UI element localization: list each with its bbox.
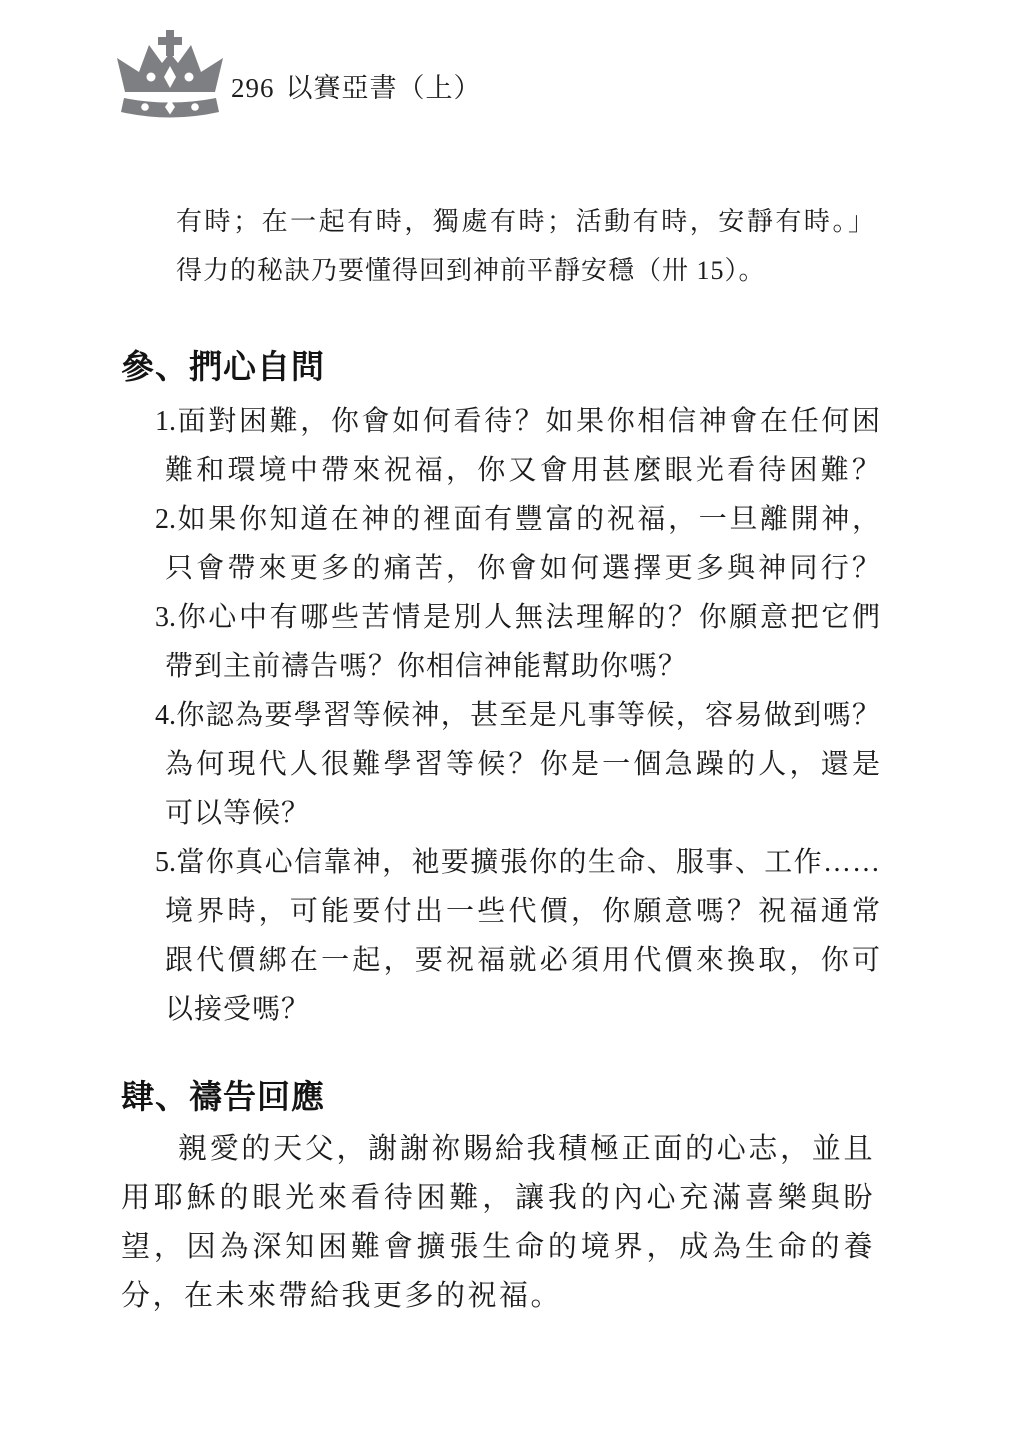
text-line: 帶到主前禱告嗎？你相信神能幫助你嗎？: [165, 642, 881, 691]
question-item: 2.如果你知道在神的裡面有豐富的祝福，一旦離開神， 只會帶來更多的痛苦，你會如何…: [165, 495, 881, 593]
text-line: 只會帶來更多的痛苦，你會如何選擇更多與神同行？: [165, 544, 881, 593]
text-line: 分，在未來帶給我更多的祝福。: [121, 1272, 875, 1321]
item-number: 5.: [155, 847, 176, 878]
question-item: 4.你認為要學習等候神，甚至是凡事等候，容易做到嗎？ 為何現代人很難學習等候？你…: [165, 691, 881, 838]
question-item: 3.你心中有哪些苦情是別人無法理解的？你願意把它們 帶到主前禱告嗎？你相信神能幫…: [165, 593, 881, 691]
text-line: 為何現代人很難學習等候？你是一個急躁的人，還是: [165, 740, 881, 789]
question-item: 5.當你真心信靠神，祂要擴張你的生命、服事、工作…… 境界時，可能要付出一些代價…: [165, 838, 881, 1034]
item-number: 1.: [155, 406, 176, 437]
section-heading-prayer: 肆、禱告回應: [121, 1080, 875, 1117]
page-content: 有時；在一起有時，獨處有時；活動有時，安靜有時。」 得力的秘訣乃要懂得回到神前平…: [121, 0, 875, 1321]
line-text: 當你真心信靠神，祂要擴張你的生命、服事、工作……: [176, 847, 881, 878]
line-text: 如果你知道在神的裡面有豐富的祝福，一旦離開神，: [176, 504, 881, 535]
text-line: 難和環境中帶來祝福，你又會用甚麼眼光看待困難？: [165, 446, 881, 495]
text-line: 可以等候？: [165, 789, 881, 838]
book-page: 296 以賽亞書（上） 有時；在一起有時，獨處有時；活動有時，安靜有時。」 得力…: [0, 0, 1024, 1440]
line-text: 你心中有哪些苦情是別人無法理解的？你願意把它們: [176, 602, 881, 633]
text-line: 境界時，可能要付出一些代價，你願意嗎？祝福通常: [165, 887, 881, 936]
text-line: 有時；在一起有時，獨處有時；活動有時，安靜有時。」: [176, 197, 875, 246]
line-text: 面對困難，你會如何看待？如果你相信神會在任何困: [176, 406, 881, 437]
text-line: 2.如果你知道在神的裡面有豐富的祝福，一旦離開神，: [165, 495, 881, 544]
item-number: 4.: [155, 700, 176, 731]
text-line: 4.你認為要學習等候神，甚至是凡事等候，容易做到嗎？: [165, 691, 881, 740]
section-heading-self-examination: 參、捫心自問: [121, 350, 875, 387]
text-line: 以接受嗎？: [165, 985, 881, 1034]
quote-paragraph: 有時；在一起有時，獨處有時；活動有時，安靜有時。」 得力的秘訣乃要懂得回到神前平…: [176, 197, 875, 295]
prayer-paragraph: 親愛的天父，謝謝祢賜給我積極正面的心志，並且 用耶穌的眼光來看待困難，讓我的內心…: [121, 1125, 875, 1321]
text-line: 得力的秘訣乃要懂得回到神前平靜安穩（卅 15）。: [176, 246, 875, 295]
text-line: 望，因為深知困難會擴張生命的境界，成為生命的養: [121, 1223, 875, 1272]
question-item: 1.面對困難，你會如何看待？如果你相信神會在任何困 難和環境中帶來祝福，你又會用…: [165, 397, 881, 495]
text-line: 跟代價綁在一起，要祝福就必須用代價來換取，你可: [165, 936, 881, 985]
item-number: 2.: [155, 504, 176, 535]
text-line: 親愛的天父，謝謝祢賜給我積極正面的心志，並且: [121, 1125, 875, 1174]
line-text: 你認為要學習等候神，甚至是凡事等候，容易做到嗎？: [176, 700, 881, 731]
text-line: 5.當你真心信靠神，祂要擴張你的生命、服事、工作……: [165, 838, 881, 887]
text-line: 用耶穌的眼光來看待困難，讓我的內心充滿喜樂與盼: [121, 1174, 875, 1223]
text-line: 1.面對困難，你會如何看待？如果你相信神會在任何困: [165, 397, 881, 446]
question-list: 1.面對困難，你會如何看待？如果你相信神會在任何困 難和環境中帶來祝福，你又會用…: [165, 397, 881, 1034]
text-line: 3.你心中有哪些苦情是別人無法理解的？你願意把它們: [165, 593, 881, 642]
item-number: 3.: [155, 602, 176, 633]
